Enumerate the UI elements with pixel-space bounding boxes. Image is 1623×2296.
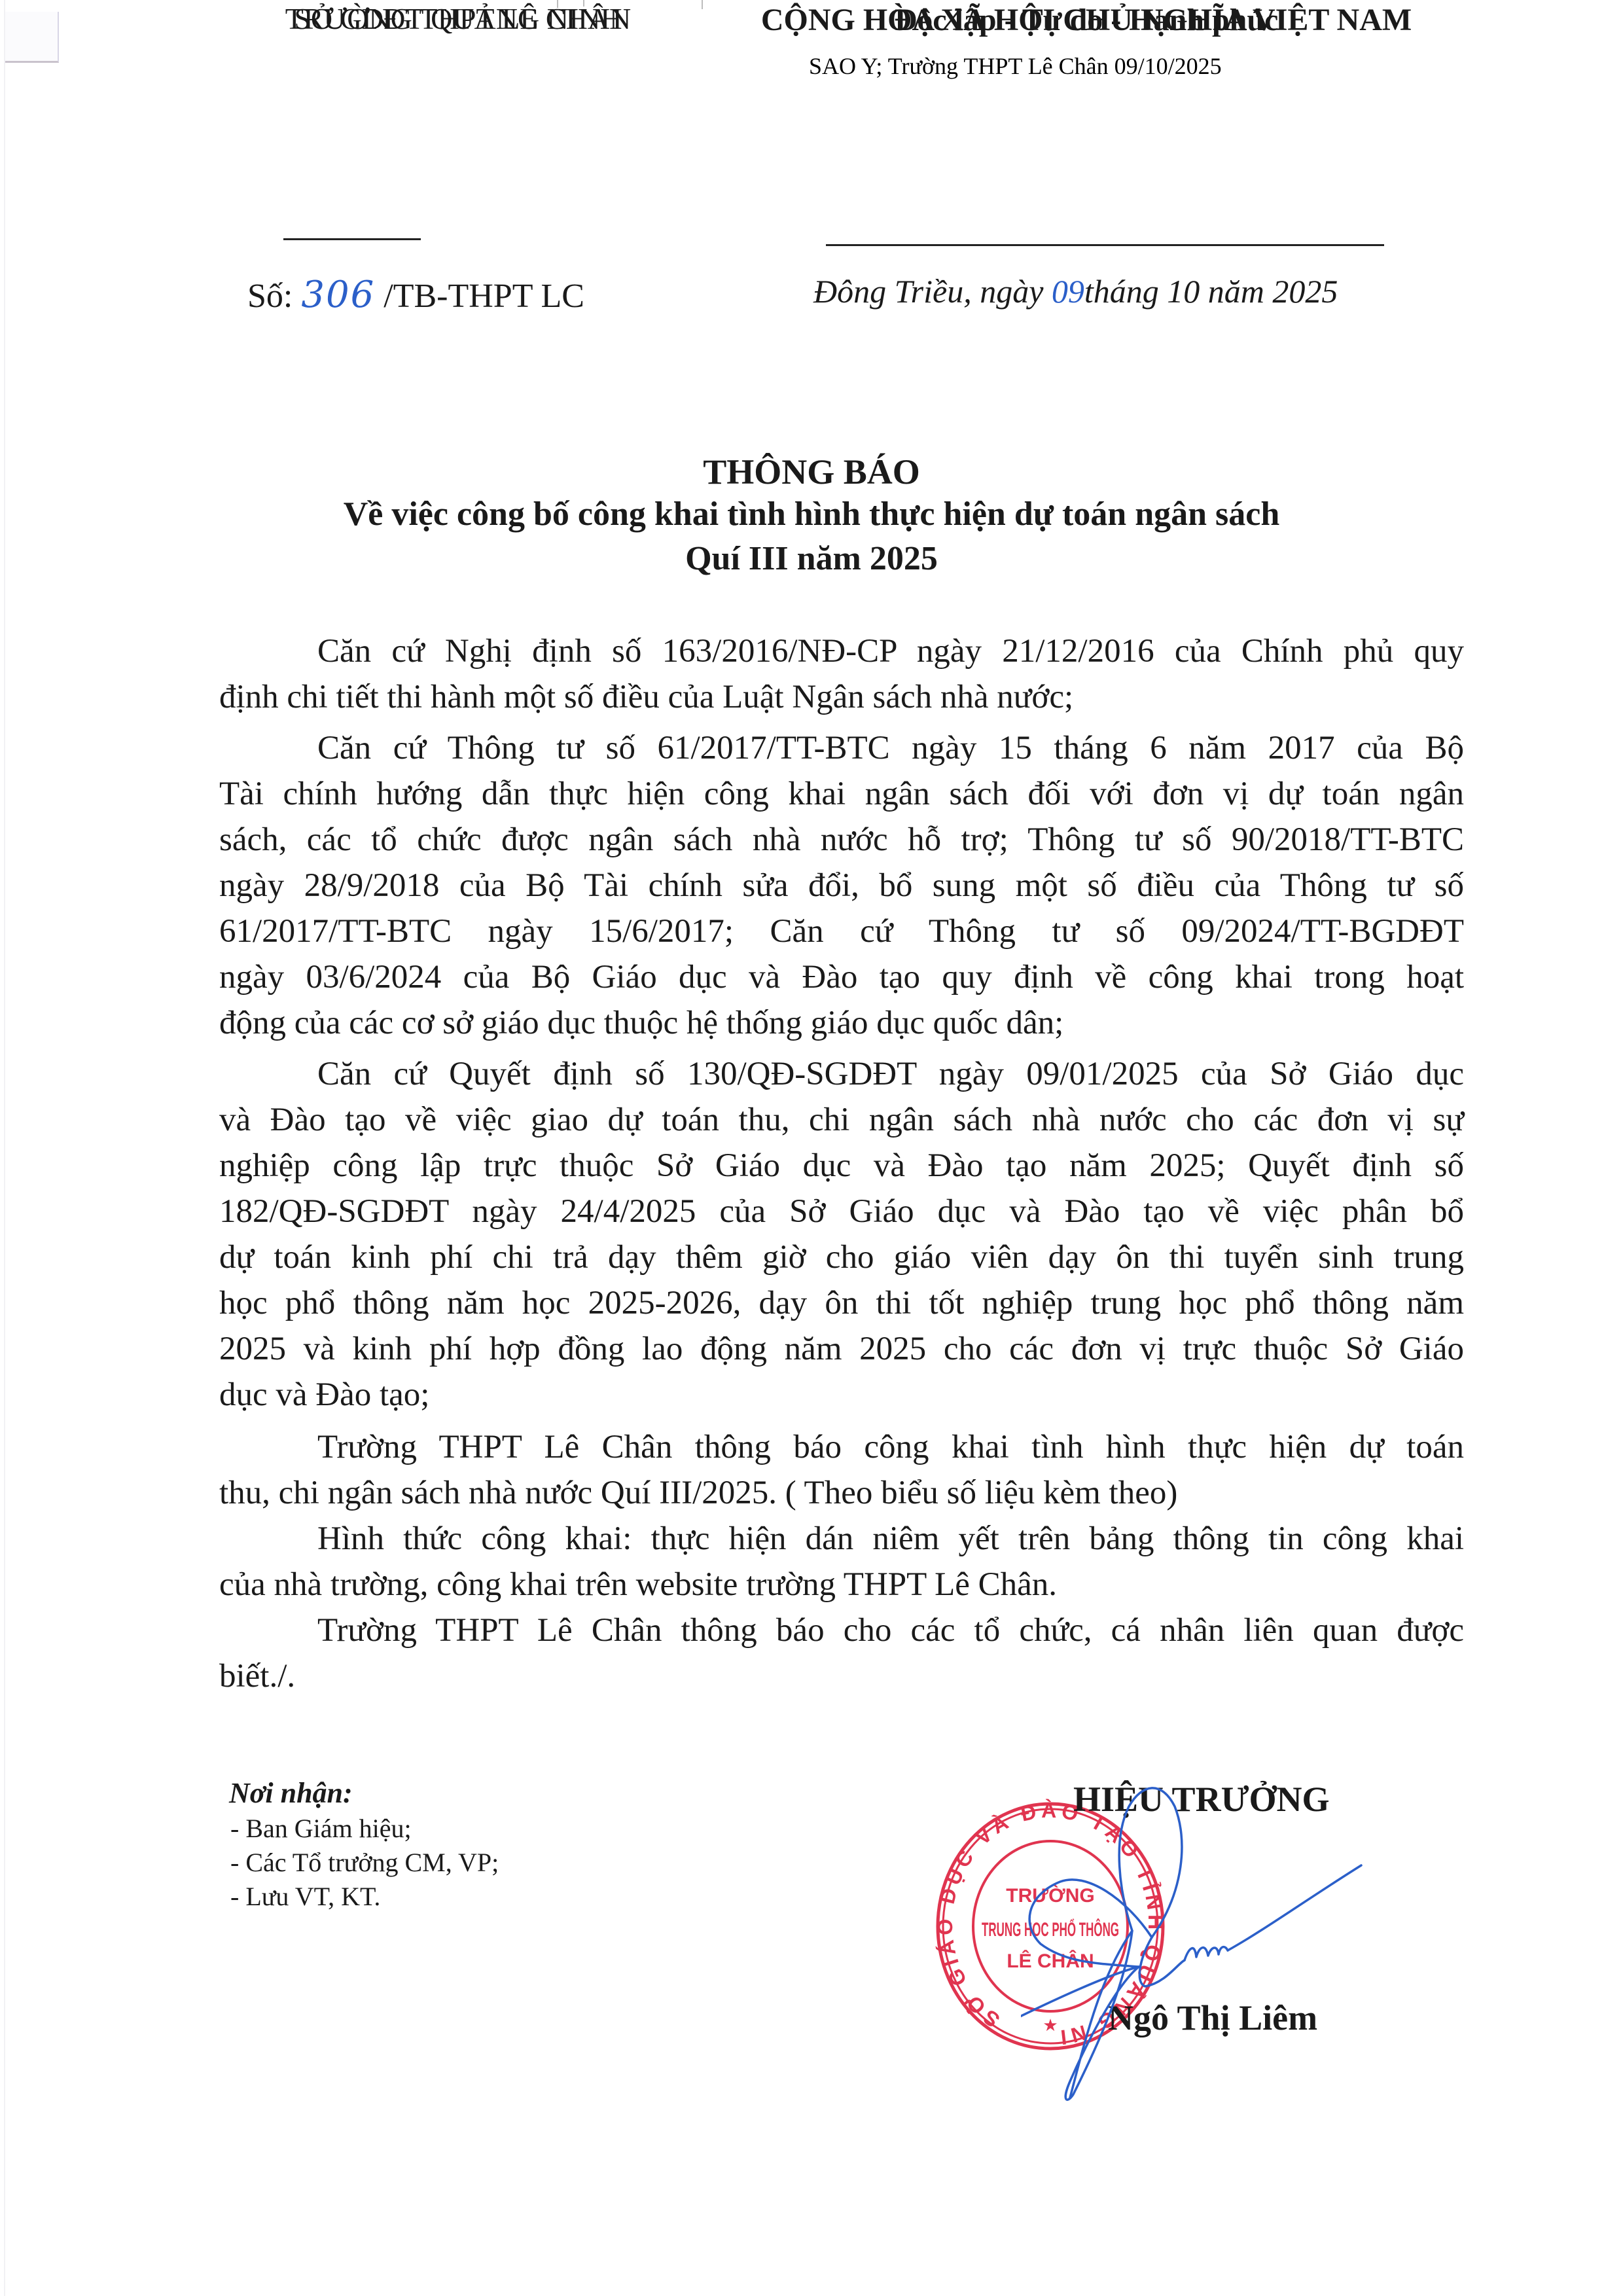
doc-number-handwritten: 306	[301, 274, 375, 316]
body-text-line: và Đào tạo về việc giao dự toán thu, chi…	[219, 1097, 1464, 1143]
date-prefix: Đông Triều, ngày	[813, 273, 1052, 310]
body-text-line: Căn cứ Nghị định số 163/2016/NĐ-CP ngày …	[317, 628, 1464, 674]
copy-notice: SAO Y; Trường THPT Lê Chân 09/10/2025	[809, 52, 1222, 80]
body-text-line: Căn cứ Thông tư số 61/2017/TT-BTC ngày 1…	[317, 725, 1464, 771]
header-left-underline	[283, 238, 421, 240]
body-text-line: Căn cứ Quyết định số 130/QĐ-SGDĐT ngày 0…	[317, 1051, 1464, 1097]
school-name: TRƯỜNG THPT LÊ CHÂN	[196, 0, 720, 38]
document-type: THÔNG BÁO	[0, 452, 1623, 492]
body-text-line: Trường THPT Lê Chân thông báo công khai …	[317, 1424, 1464, 1470]
body-text-line: 61/2017/TT-BTC ngày 15/6/2017; Căn cứ Th…	[219, 908, 1464, 954]
recipients-title: Nơi nhận:	[229, 1776, 353, 1810]
date-line: Đông Triều, ngày 09tháng 10 năm 2025	[813, 272, 1338, 310]
body-text-line: sách, các tổ chức được ngân sách nhà nướ…	[219, 817, 1464, 863]
body-text-line: dự toán kinh phí chi trả dạy thêm giờ ch…	[219, 1234, 1464, 1280]
body-text-line: Tài chính hướng dẫn thực hiện công khai …	[219, 771, 1464, 817]
body-text-line: dục và Đào tạo;	[219, 1372, 1464, 1418]
body-text-line: động của các cơ sở giáo dục thuộc hệ thố…	[219, 1000, 1464, 1046]
document-subject: Về việc công bố công khai tình hình thực…	[0, 495, 1623, 533]
doc-number-prefix: Số:	[247, 278, 293, 315]
scan-artifact	[5, 12, 59, 63]
body-text-line: nghiệp công lập trực thuộc Sở Giáo dục v…	[219, 1143, 1464, 1189]
body-text-line: định chi tiết thi hành một số điều của L…	[219, 674, 1464, 720]
body-text-line: của nhà trường, công khai trên website t…	[219, 1562, 1464, 1607]
body-text-line: 2025 và kinh phí hợp đồng lao động năm 2…	[219, 1326, 1464, 1372]
body-text-line: 182/QĐ-SGDĐT ngày 24/4/2025 của Sở Giáo …	[219, 1189, 1464, 1234]
document-number: Số: 306 /TB-THPT LC	[247, 274, 584, 316]
doc-number-suffix: /TB-THPT LC	[383, 278, 584, 315]
body-text-line: Hình thức công khai: thực hiện dán niêm …	[317, 1516, 1464, 1562]
recipient-item: - Các Tổ trưởng CM, VP;	[230, 1847, 499, 1878]
scan-edge	[4, 0, 5, 2296]
body-text-line: biết./.	[219, 1653, 1464, 1699]
handwritten-signature	[1021, 1767, 1387, 2108]
date-day-handwritten: 09	[1052, 273, 1084, 310]
recipient-item: - Lưu VT, KT.	[230, 1881, 380, 1912]
date-suffix: tháng 10 năm 2025	[1084, 273, 1338, 310]
body-text-line: ngày 03/6/2024 của Bộ Giáo dục và Đào tạ…	[219, 954, 1464, 1000]
recipient-item: - Ban Giám hiệu;	[230, 1813, 412, 1844]
national-motto: Độc lập - Tự do - Hạnh phúc	[694, 0, 1479, 41]
body-text-line: thu, chi ngân sách nhà nước Quí III/2025…	[219, 1470, 1464, 1516]
document-period: Quí III năm 2025	[0, 539, 1623, 578]
body-text-line: ngày 28/9/2018 của Bộ Tài chính sửa đổi,…	[219, 863, 1464, 908]
body-text-line: học phổ thông năm học 2025-2026, dạy ôn …	[219, 1280, 1464, 1326]
header-right-underline	[826, 244, 1384, 246]
body-text-line: Trường THPT Lê Chân thông báo cho các tổ…	[317, 1607, 1464, 1653]
